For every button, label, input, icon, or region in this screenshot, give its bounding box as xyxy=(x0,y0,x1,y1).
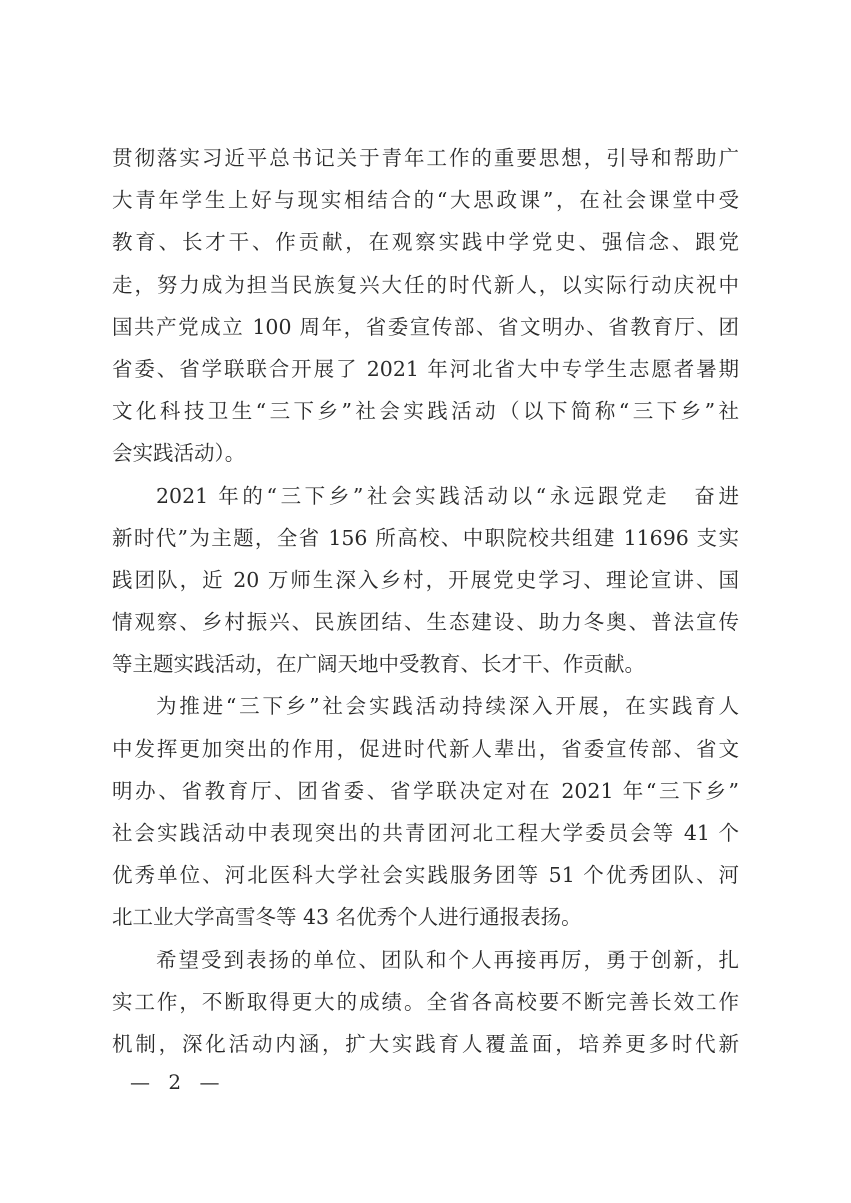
paragraph-2-line-4: 情观察、乡村振兴、民族团结、生态建设、助力冬奥、普法宣传 xyxy=(112,601,739,643)
document-page: 贯彻落实习近平总书记关于青年工作的重要思想，引导和帮助广 大青年学生上好与现实相… xyxy=(0,0,851,1203)
paragraph-1-line-5: 国共产党成立 100 周年，省委宣传部、省文明办、省教育厅、团 xyxy=(112,306,739,348)
body-text: 贯彻落实习近平总书记关于青年工作的重要思想，引导和帮助广 大青年学生上好与现实相… xyxy=(112,137,739,1065)
paragraph-3-line-4: 社会实践活动中表现突出的共青团河北工程大学委员会等 41 个 xyxy=(112,812,739,854)
paragraph-1-line-1: 贯彻落实习近平总书记关于青年工作的重要思想，引导和帮助广 xyxy=(112,137,739,179)
paragraph-4-line-2: 实工作，不断取得更大的成绩。全省各高校要不断完善长效工作 xyxy=(112,981,739,1023)
paragraph-3-line-6: 北工业大学高雪冬等 43 名优秀个人进行通报表扬。 xyxy=(112,896,739,938)
paragraph-4-line-1: 希望受到表扬的单位、团队和个人再接再厉，勇于创新，扎 xyxy=(112,939,739,981)
paragraph-2-line-3: 践团队，近 20 万师生深入乡村，开展党史学习、理论宣讲、国 xyxy=(112,559,739,601)
paragraph-2-line-2: 新时代”为主题，全省 156 所高校、中职院校共组建 11696 支实 xyxy=(112,517,739,559)
paragraph-3-line-1: 为推进“三下乡”社会实践活动持续深入开展，在实践育人 xyxy=(112,685,739,727)
paragraph-1-line-4: 走，努力成为担当民族复兴大任的时代新人，以实际行动庆祝中 xyxy=(112,264,739,306)
paragraph-4-line-3: 机制，深化活动内涵，扩大实践育人覆盖面，培养更多时代新 xyxy=(112,1023,739,1065)
paragraph-1-line-3: 教育、长才干、作贡献，在观察实践中学党史、强信念、跟党 xyxy=(112,221,739,263)
paragraph-3-line-3: 明办、省教育厅、团省委、省学联决定对在 2021 年“三下乡” xyxy=(112,770,739,812)
paragraph-1-line-7: 文化科技卫生“三下乡”社会实践活动（以下简称“三下乡”社 xyxy=(112,390,739,432)
paragraph-1-line-8: 会实践活动）。 xyxy=(112,432,739,474)
paragraph-3-line-5: 优秀单位、河北医科大学社会实践服务团等 51 个优秀团队、河 xyxy=(112,854,739,896)
paragraph-3-line-2: 中发挥更加突出的作用，促进时代新人辈出，省委宣传部、省文 xyxy=(112,728,739,770)
page-number: — 2 — xyxy=(130,1070,225,1094)
paragraph-1-line-6: 省委、省学联联合开展了 2021 年河北省大中专学生志愿者暑期 xyxy=(112,348,739,390)
paragraph-1-line-2: 大青年学生上好与现实相结合的“大思政课”，在社会课堂中受 xyxy=(112,179,739,221)
paragraph-2-line-1: 2021 年的“三下乡”社会实践活动以“永远跟党走 奋进 xyxy=(112,475,739,517)
paragraph-2-line-5: 等主题实践活动，在广阔天地中受教育、长才干、作贡献。 xyxy=(112,643,739,685)
